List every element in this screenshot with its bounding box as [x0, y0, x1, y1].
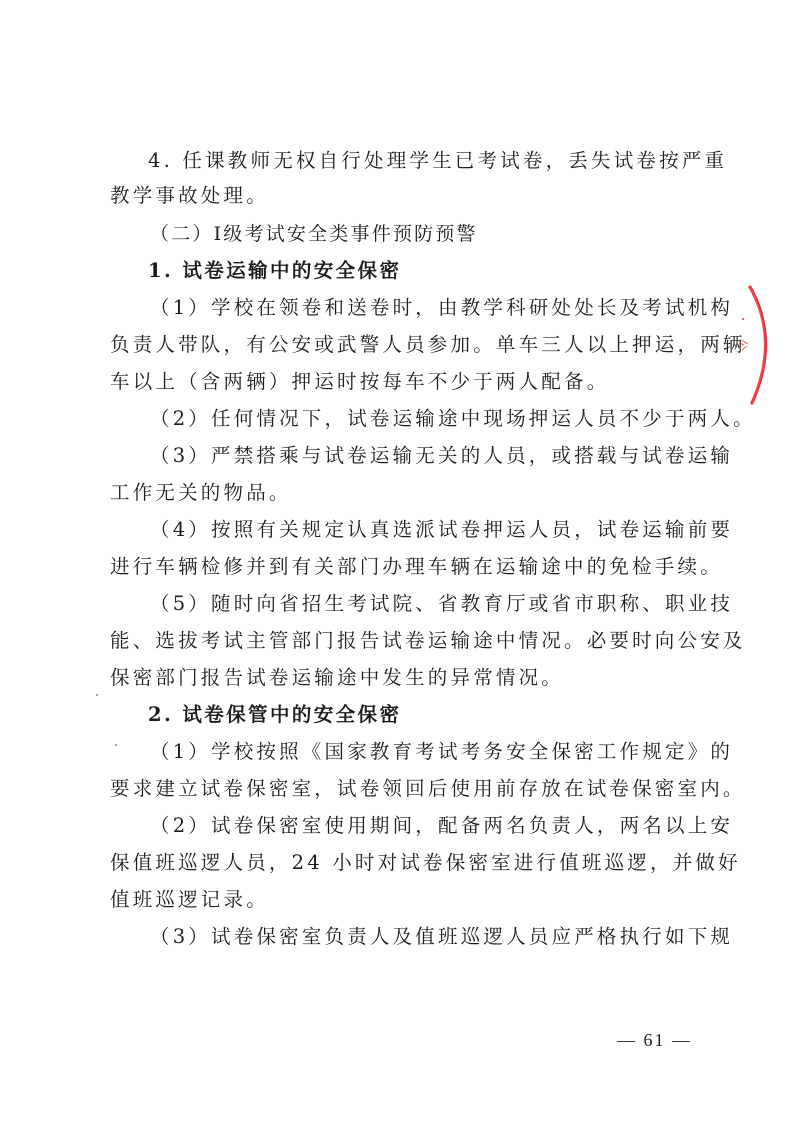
page-number: — 61 —: [617, 1030, 692, 1051]
paragraph-storage-2-cont1: 保值班巡逻人员，24 小时对试卷保密室进行值班巡逻，并做好: [110, 850, 741, 876]
paragraph-storage-1-cont: 要求建立试卷保密室，试卷领回后使用前存放在试卷保密室内。: [110, 776, 746, 802]
paragraph-transport-3-cont: 工作无关的物品。: [110, 480, 292, 506]
paragraph-transport-5-cont1: 能、选拔考试主管部门报告试卷运输途中情况。必要时向公安及: [110, 628, 746, 654]
paragraph-transport-1: （1）学校在领卷和送卷时，由教学科研处处长及考试机构: [150, 295, 733, 321]
paragraph-transport-1-cont1: 负责人带队，有公安或武警人员参加。单车三人以上押运，两辆: [110, 332, 746, 358]
paragraph-item-4-cont: 教学事故处理。: [110, 183, 269, 209]
paragraph-storage-2: （2）试卷保密室使用期间，配备两名负责人，两名以上安: [150, 813, 733, 839]
paragraph-transport-5: （5）随时向省招生考试院、省教育厅或省市职称、职业技: [150, 591, 733, 617]
paragraph-storage-2-cont2: 值班巡逻记录。: [110, 887, 269, 913]
paragraph-transport-4-cont: 进行车辆检修并到有关部门办理车辆在运输途中的免检手续。: [110, 554, 723, 580]
seal-stamp-icon: 公: [740, 285, 793, 405]
section-heading-storage-security: 2. 试卷保管中的安全保密: [148, 702, 401, 728]
paragraph-storage-1: （1）学校按照《国家教育考试考务安全保密工作规定》的: [150, 739, 733, 765]
paragraph-transport-2: （2）任何情况下，试卷运输途中现场押运人员不少于两人。: [150, 406, 756, 432]
paragraph-transport-1-cont2: 车以上（含两辆）押运时按每车不少于两人配备。: [110, 369, 609, 395]
scan-speck: [115, 744, 117, 746]
paragraph-transport-3: （3）严禁搭乘与试卷运输无关的人员，或搭载与试卷运输: [150, 443, 733, 469]
document-page: 4. 任课教师无权自行处理学生已考试卷，丢失试卷按严重 教学事故处理。 （二）Ⅰ…: [0, 0, 793, 1122]
paragraph-transport-4: （4）按照有关规定认真选派试卷押运人员，试卷运输前要: [150, 517, 733, 543]
paragraph-storage-3: （3）试卷保密室负责人及值班巡逻人员应严格执行如下规: [150, 924, 733, 950]
section-heading-level1-warning: （二）Ⅰ级考试安全类事件预防预警: [150, 221, 478, 247]
paragraph-item-4: 4. 任课教师无权自行处理学生已考试卷，丢失试卷按严重: [148, 148, 727, 174]
section-heading-transport-security: 1. 试卷运输中的安全保密: [148, 258, 401, 284]
svg-text:公: 公: [740, 339, 749, 351]
scan-speck: [96, 694, 98, 696]
paragraph-transport-5-cont2: 保密部门报告试卷运输途中发生的异常情况。: [110, 665, 564, 691]
